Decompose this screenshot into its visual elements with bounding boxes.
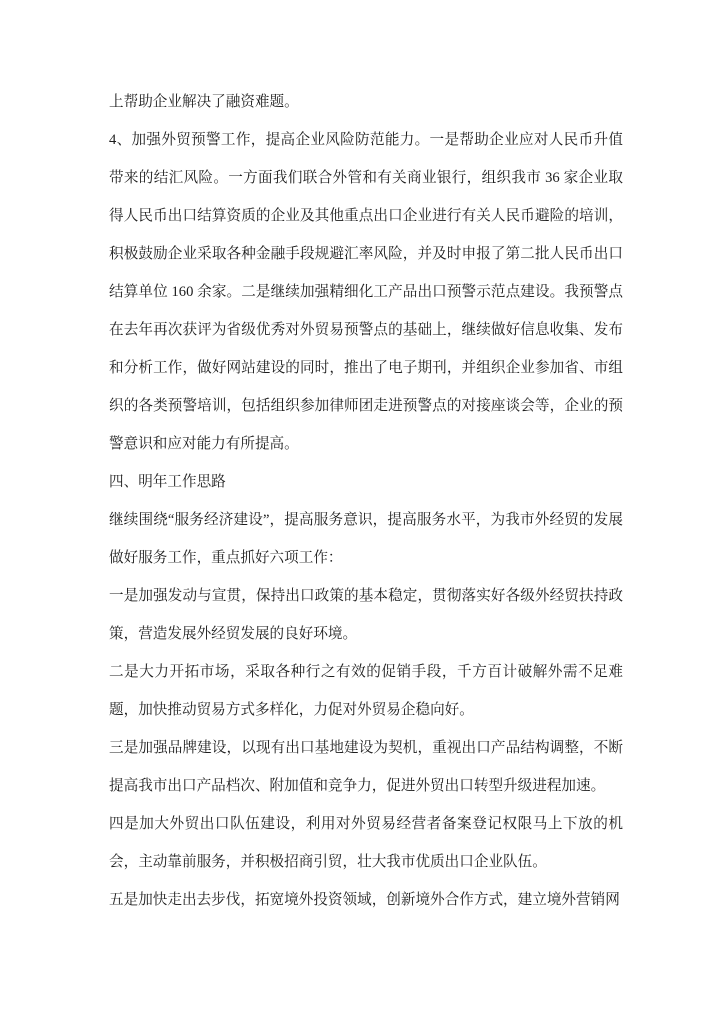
paragraph-item-4-foreign-trade-warning: 4、加强外贸预警工作，提高企业风险防范能力。一是帮助企业应对人民币升值带来的结汇… bbox=[109, 121, 623, 463]
heading-section-4-next-year-plan: 四、明年工作思路 bbox=[109, 463, 623, 501]
paragraph-task-4: 四是加大外贸出口队伍建设，利用对外贸易经营者备案登记权限马上下放的机会，主动靠前… bbox=[109, 805, 623, 881]
paragraph-task-2: 二是大力开拓市场，采取各种行之有效的促销手段，千方百计破解外需不足难题，加快推动… bbox=[109, 653, 623, 729]
paragraph-task-5: 五是加快走出去步伐，拓宽境外投资领域，创新境外合作方式，建立境外营销网 bbox=[109, 881, 623, 919]
paragraph-task-1: 一是加强发动与宣贯，保持出口政策的基本稳定，贯彻落实好各级外经贸扶持政策，营造发… bbox=[109, 577, 623, 653]
paragraph-service-economy-intro: 继续围绕“服务经济建设”，提高服务意识，提高服务水平，为我市外经贸的发展做好服务… bbox=[109, 501, 623, 577]
paragraph-task-3: 三是加强品牌建设，以现有出口基地建设为契机，重视出口产品结构调整，不断提高我市出… bbox=[109, 729, 623, 805]
document-body: 上帮助企业解决了融资难题。 4、加强外贸预警工作，提高企业风险防范能力。一是帮助… bbox=[109, 83, 623, 919]
paragraph-continuation: 上帮助企业解决了融资难题。 bbox=[109, 83, 623, 121]
document-page: 上帮助企业解决了融资难题。 4、加强外贸预警工作，提高企业风险防范能力。一是帮助… bbox=[0, 0, 721, 1020]
